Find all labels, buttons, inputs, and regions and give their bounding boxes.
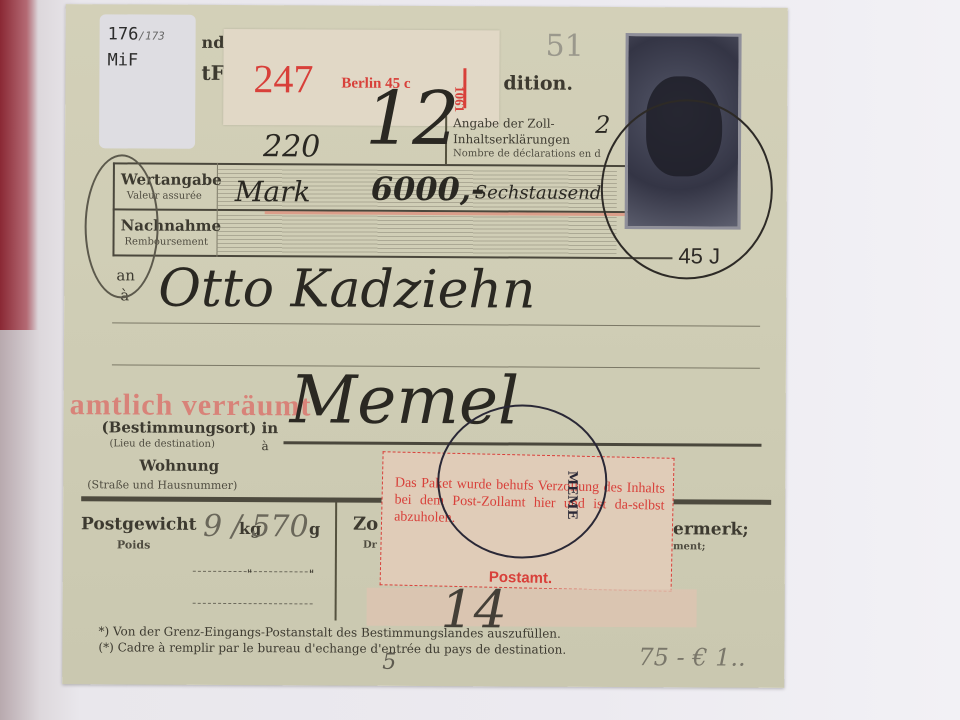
column-divider: [335, 503, 338, 621]
declarations-count: 2: [595, 111, 610, 139]
heading-fragment-1: nd: [202, 33, 225, 52]
sticker-number: 176: [108, 24, 139, 44]
pencil-note-top: 51: [545, 29, 583, 64]
declarations-label-de-2: Inhaltserklärungen: [453, 132, 570, 147]
ditto-row: [193, 571, 313, 573]
handwritten-count: 220: [263, 129, 320, 164]
postmark-digits: 45: [678, 243, 703, 268]
rule: [113, 162, 673, 167]
memel-postmark-text: MEME: [564, 471, 579, 520]
parcel-card: nd tF 176/173 MiF 247 Berlin 45 c 1061 d…: [62, 4, 788, 688]
declarations-label-de-1: Angabe der Zoll-: [453, 116, 555, 131]
expedition-text: dition.: [503, 72, 573, 94]
heading-fragment-2: tF: [201, 61, 225, 85]
sticker-pencil-note: /173: [138, 29, 165, 42]
g-unit: g: [309, 519, 320, 538]
sticker-code: MiF: [107, 50, 138, 70]
value-currency: Mark: [235, 175, 311, 208]
address-line: [112, 322, 760, 326]
weight-label: Postgewicht: [81, 514, 197, 535]
ditto-mark: ": [309, 567, 315, 581]
ditto-mark: ": [247, 567, 253, 581]
residence-sub-label: (Straße und Hausnummer): [87, 478, 237, 492]
footnote-de: *) Von der Grenz-Eingangs-Postanstalt de…: [98, 624, 560, 640]
partial-postmark-left: [84, 154, 159, 298]
destination-label-fr: (Lieu de destination): [109, 438, 214, 450]
postmark-letter: J: [709, 243, 720, 268]
destination-prep-fr: à: [261, 439, 268, 453]
registration-number: 247: [253, 55, 313, 102]
customs-fragment-fr: Dr: [363, 540, 377, 551]
value-amount: 6000,-: [371, 170, 485, 209]
pencil-note-bottom: 5: [382, 650, 396, 675]
recipient-name: Otto Kadziehn: [158, 259, 535, 321]
blue-pencil-mark-top: 12: [365, 76, 460, 162]
postmark-number: 45 J: [678, 243, 720, 269]
destination-label: (Bestimmungsort) in: [102, 418, 279, 437]
label-remnant: [367, 588, 697, 628]
footnote-fr: (*) Cadre à remplir par le bureau d'echa…: [98, 640, 566, 656]
catalog-sticker: 176/173 MiF: [99, 14, 196, 149]
album-page-edge: [0, 0, 38, 330]
ditto-row: [193, 603, 313, 605]
memel-postmark: [437, 404, 608, 559]
remarks-fragment-fr: ment;: [673, 541, 706, 552]
weight-label-fr: Poids: [117, 538, 150, 551]
declarations-label-fr: Nombre de déclarations en d: [453, 148, 601, 160]
pencil-price-note: 75 - € 1..: [638, 643, 745, 672]
handwritten-weight: 9 / 570: [203, 509, 309, 545]
remarks-fragment: ermerk;: [673, 519, 749, 539]
customs-fragment: Zo: [353, 514, 378, 535]
value-in-words: Sechstausend: [475, 182, 602, 204]
cod-ruling: [216, 215, 616, 255]
residence-label: Wohnung: [139, 457, 219, 475]
